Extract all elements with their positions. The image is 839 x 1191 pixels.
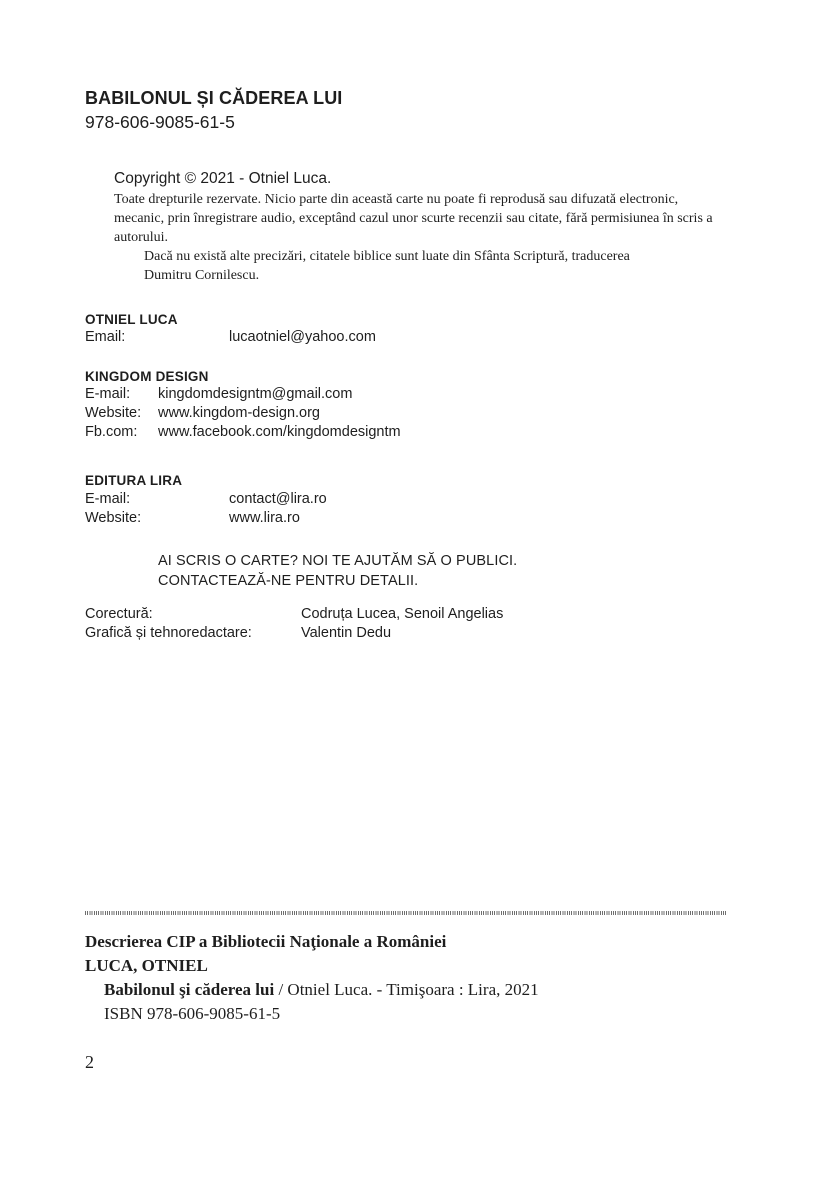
contact-heading-kingdom-design: KINGDOM DESIGN xyxy=(85,369,209,384)
contact-label: Email: xyxy=(85,329,229,345)
contact-row-kingdom-email: E-mail: kingdomdesigntm@gmail.com xyxy=(85,386,352,402)
rights-statement: Toate drepturile rezervate. Nicio parte … xyxy=(114,190,714,247)
contact-heading-editura-lira: EDITURA LIRA xyxy=(85,473,182,488)
cip-work-entry: Babilonul şi căderea lui / Otniel Luca. … xyxy=(104,980,539,1000)
copyright-line: Copyright © 2021 - Otniel Luca. xyxy=(114,170,331,188)
cip-isbn: ISBN 978-606-9085-61-5 xyxy=(104,1004,280,1024)
contact-row-author-email: Email: lucaotniel@yahoo.com xyxy=(85,329,376,345)
credit-label: Corectură: xyxy=(85,606,301,622)
bible-note-line-1: Dacă nu există alte precizări, citatele … xyxy=(114,247,714,266)
cip-author: LUCA, OTNIEL xyxy=(85,956,208,976)
page-number: 2 xyxy=(85,1052,94,1073)
lira-website-link[interactable]: www.lira.ro xyxy=(229,510,300,526)
contact-row-kingdom-website: Website: www.kingdom-design.org xyxy=(85,405,320,421)
credit-label: Grafică și tehnoredactare: xyxy=(85,625,301,641)
contact-label: Website: xyxy=(85,510,229,526)
dotted-divider xyxy=(85,911,726,915)
credit-value: Codruța Lucea, Senoil Angelias xyxy=(301,606,503,622)
cip-heading: Descrierea CIP a Bibliotecii Naţionale a… xyxy=(85,932,446,952)
bible-translation-note: Dacă nu există alte precizări, citatele … xyxy=(114,247,714,285)
author-email-link[interactable]: lucaotniel@yahoo.com xyxy=(229,329,376,345)
promo-line-1: AI SCRIS O CARTE? NOI TE AJUTĂM SĂ O PUB… xyxy=(158,551,517,571)
kingdom-website-link[interactable]: www.kingdom-design.org xyxy=(158,405,320,421)
contact-label: E-mail: xyxy=(85,386,158,402)
contact-row-lira-website: Website: www.lira.ro xyxy=(85,510,300,526)
contact-row-lira-email: E-mail: contact@lira.ro xyxy=(85,491,327,507)
contact-label: Fb.com: xyxy=(85,424,158,440)
contact-label: E-mail: xyxy=(85,491,229,507)
credit-value: Valentin Dedu xyxy=(301,625,391,641)
book-title: BABILONUL ȘI CĂDEREA LUI xyxy=(85,88,342,109)
promo-line-2: CONTACTEAZĂ-NE PENTRU DETALII. xyxy=(158,571,517,591)
contact-row-kingdom-facebook: Fb.com: www.facebook.com/kingdomdesigntm xyxy=(85,424,401,440)
kingdom-email-link[interactable]: kingdomdesigntm@gmail.com xyxy=(158,386,352,402)
contact-label: Website: xyxy=(85,405,158,421)
credit-row-graphics: Grafică și tehnoredactare: Valentin Dedu xyxy=(85,625,391,641)
publisher-promo: AI SCRIS O CARTE? NOI TE AJUTĂM SĂ O PUB… xyxy=(158,551,517,591)
cip-work-title: Babilonul şi căderea lui xyxy=(104,980,274,999)
kingdom-facebook-link[interactable]: www.facebook.com/kingdomdesigntm xyxy=(158,424,401,440)
book-isbn: 978-606-9085-61-5 xyxy=(85,112,235,133)
credit-row-proofreading: Corectură: Codruța Lucea, Senoil Angelia… xyxy=(85,606,503,622)
cip-work-details: / Otniel Luca. - Timişoara : Lira, 2021 xyxy=(274,980,538,999)
contact-heading-author: OTNIEL LUCA xyxy=(85,312,178,327)
bible-note-line-2: Dumitru Cornilescu. xyxy=(114,266,714,285)
lira-email-link[interactable]: contact@lira.ro xyxy=(229,491,327,507)
